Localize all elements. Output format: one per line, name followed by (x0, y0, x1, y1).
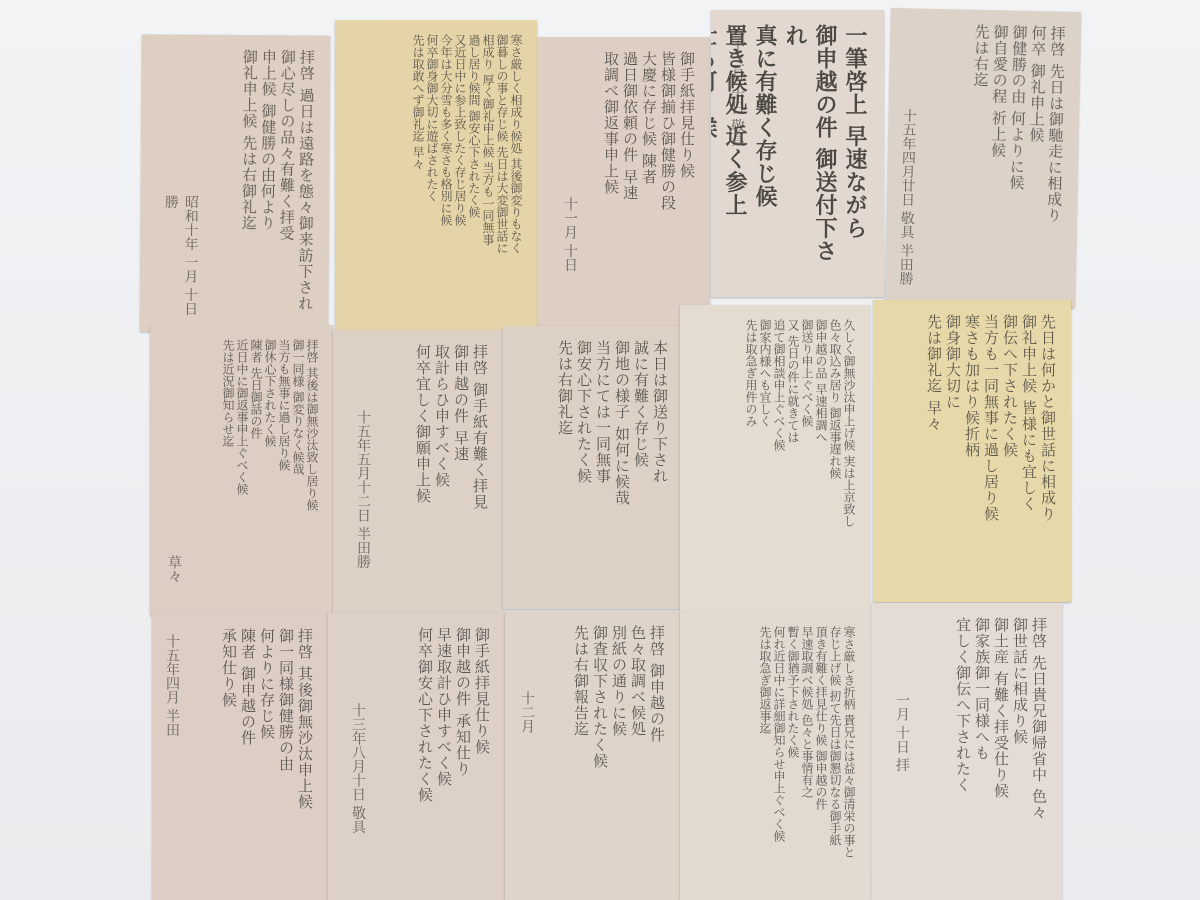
signature: 十三年八月十日 敬具 (348, 703, 368, 833)
postcard: 拝啓 先日貴兄御帰省中 色々 御世話に相成り候 御土産 有難く拝受仕り候 御家族… (872, 603, 1062, 900)
handwritten-text: 寒さ厳しく相成り候処 其後御変りもなく 御暮しの事と存じ候 先日は大変御世話に … (349, 34, 523, 317)
handwritten-text: 一筆啓上 早速ながら 御申越の件 御送付下され 真に有難く存じ候 置き候処 近く… (751, 24, 870, 283)
signature: 十一月 十日 (560, 197, 580, 271)
postcard: 拝啓 其後御無沙汰申上候 御一同様御健勝の由 何よりに存じ候 陳者 御申越の件 … (152, 614, 328, 900)
postcard: 拝啓 其後は御無沙汰致し居り候 御一同様 御変りなく候哉 当方も無事に過し居り候… (150, 325, 333, 615)
handwritten-text: 御手紙拝見仕り候 皆様御揃ひ御健勝の段 大慶に存じ候 陳者 過日御依頼の件 早速… (552, 51, 696, 313)
handwritten-text: 拝啓 其後御無沙汰申上候 御一同様御健勝の由 何よりに存じ候 陳者 御申越の件 … (202, 628, 314, 886)
postcard: 寒さ厳しき折柄 貴兄には益々御清栄の事と 存じ上げ候 扨て先日は御懇切なる御手紙… (680, 612, 870, 900)
signature: 一月 十日 拝 (892, 693, 912, 772)
signature: 十五年五月十二日 半田勝 (353, 410, 373, 568)
handwritten-text: 久しく御無沙汰申上げ候 実は上京致し 色々取込み居り 御返事遅れ候 御申越の品 … (694, 319, 856, 599)
postcard: 久しく御無沙汰申上げ候 実は上京致し 色々取込み居り 御返事遅れ候 御申越の品 … (680, 305, 870, 613)
postcard: 本日は御送り下され 誠に有難く存じ候 御地の様子 如何に候哉 当方にては一同無事… (503, 326, 683, 609)
handwritten-text: 拝啓 過日は遠路を態々御来訪下され 御心尽しの品々有難く拝受 申上候 御健勝の由… (200, 49, 316, 319)
signature: 十五年四月 半田 (162, 634, 182, 736)
postcard: 拝啓 御申越の件 色々取調べ候処 別紙の通りに候 御査収下されたく候 先は右御報… (505, 611, 680, 900)
postcard: 先日は何かと御世話に相成り 御礼申上候 皆様にも宜しく 御伝へ下されたく候 当方… (873, 300, 1071, 602)
signature: 十二月 (517, 691, 537, 733)
signature: 草々 (164, 555, 184, 583)
signature: 十二月 十日 敬具 (727, 40, 747, 147)
postcard: 拝啓 御手紙有難く拝見 御申越の件 早速 取計らひ申すべく候 何卒宜しく御願申上… (333, 330, 503, 613)
handwritten-text: 寒さ厳しき折柄 貴兄には益々御清栄の事と 存じ上げ候 扨て先日は御懇切なる御手紙… (694, 626, 856, 886)
handwritten-text: 本日は御送り下され 誠に有難く存じ候 御地の様子 如何に候哉 当方にては一同無事… (517, 340, 669, 595)
postcard: 一筆啓上 早速ながら 御申越の件 御送付下され 真に有難く存じ候 置き候処 近く… (711, 10, 884, 297)
postcard: 御手紙拝見仕り候 皆様御揃ひ御健勝の段 大慶に存じ候 陳者 過日御依頼の件 早速… (538, 37, 710, 327)
handwritten-text: 拝啓 其後は御無沙汰致し居り候 御一同様 御変りなく候哉 当方も無事に過し居り候… (190, 339, 319, 601)
signature: 十五年四月廿日 敬具 半田勝 (895, 108, 919, 285)
postcard: 拝啓 先日は御馳走に相成り 何卒 御礼申上候 御健勝の由 何よりに候 御自愛の程… (885, 8, 1081, 308)
handwritten-text: 拝啓 先日貴兄御帰省中 色々 御世話に相成り候 御土産 有難く拝受仕り候 御家族… (932, 617, 1048, 886)
postcard: 拝啓 過日は遠路を態々御来訪下され 御心尽しの品々有難く拝受 申上候 御健勝の由… (140, 34, 330, 332)
handwritten-text: 拝啓 先日は御馳走に相成り 何卒 御礼申上候 御健勝の由 何よりに候 御自愛の程… (955, 24, 1067, 294)
handwritten-text: 先日は何かと御世話に相成り 御礼申上候 皆様にも宜しく 御伝へ下されたく候 当方… (887, 314, 1057, 588)
signature: 昭和十年 一月 十日 勝 (160, 194, 201, 331)
handwritten-text: 拝啓 御申越の件 色々取調べ候処 別紙の通りに候 御査収下されたく候 先は右御報… (555, 625, 666, 886)
postcard: 寒さ厳しく相成り候処 其後御変りもなく 御暮しの事と存じ候 先日は大変御世話に … (335, 20, 537, 331)
postcard: 御手紙拝見仕り候 御申越の件 承知仕り 早速取計ひ申すべく候 何卒御安心下された… (328, 613, 505, 900)
handwritten-text: 御手紙拝見仕り候 御申越の件 承知仕り 早速取計ひ申すべく候 何卒御安心下された… (408, 627, 491, 886)
handwritten-text: 拝啓 御手紙有難く拝見 御申越の件 早速 取計らひ申すべく候 何卒宜しく御願申上… (403, 344, 489, 599)
